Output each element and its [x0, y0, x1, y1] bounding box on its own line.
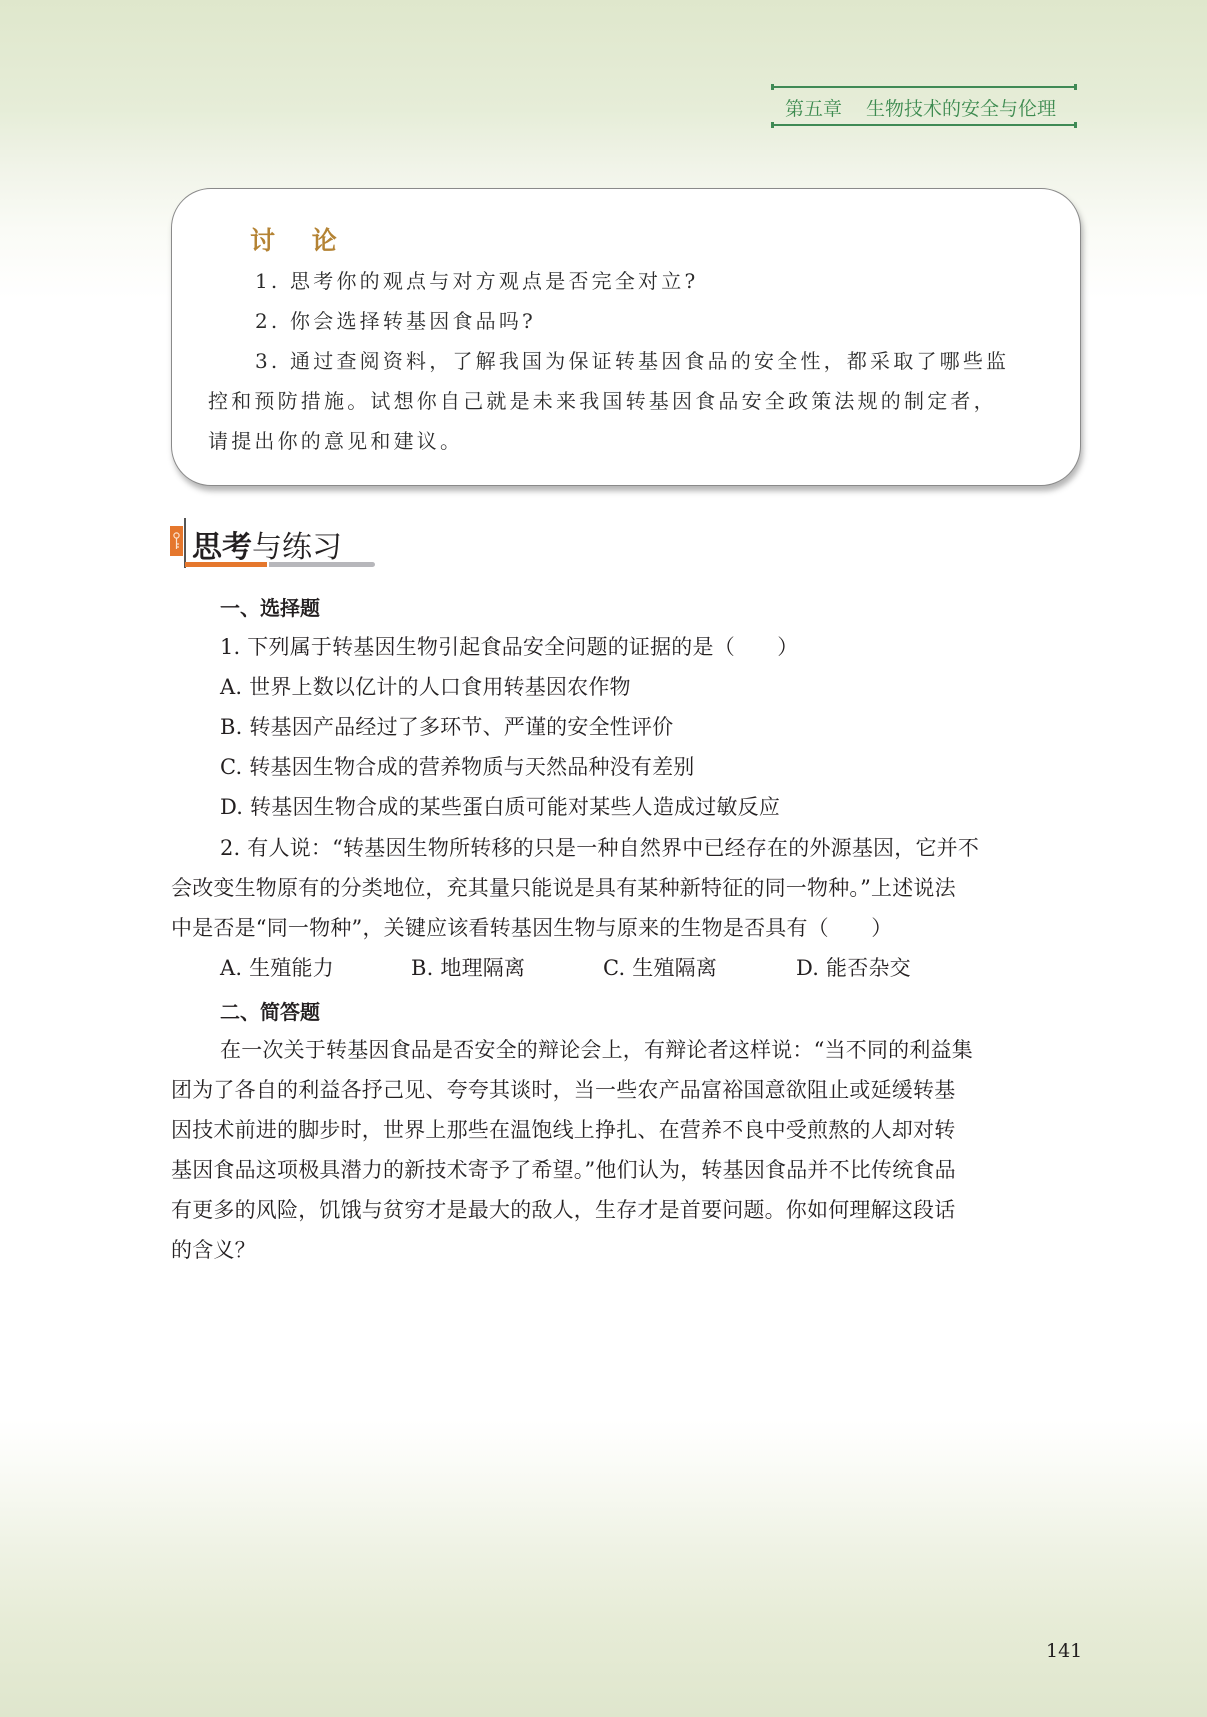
- discussion-item-3-cont-2: 请提出你的意见和建议。: [208, 425, 463, 454]
- short-answer-line-3: 因技术前进的脚步时，世界上那些在温饱线上挣扎、在营养不良中受煎熬的人却对转: [171, 1114, 955, 1144]
- title-underline-gray: [269, 562, 375, 567]
- q1-option-c: C. 转基因生物合成的营养物质与天然品种没有差别: [220, 751, 694, 781]
- q2-stem-line-1: 2. 有人说：“转基因生物所转移的只是一种自然界中已经存在的外源基因，它并不: [220, 832, 979, 862]
- chapter-number: 第五章: [785, 98, 842, 120]
- discussion-item-2: 2. 你会选择转基因食品吗?: [255, 305, 536, 334]
- section-divider: [184, 518, 186, 568]
- short-answer-heading: 二、简答题: [220, 996, 320, 1025]
- q2-stem-line-3: 中是否是“同一物种”，关键应该看转基因生物与原来的生物是否具有（ ）: [171, 912, 892, 942]
- q2-options: A. 生殖能力B. 地理隔离C. 生殖隔离D. 能否杂交: [220, 952, 911, 982]
- q1-option-d: D. 转基因生物合成的某些蛋白质可能对某些人造成过敏反应: [220, 791, 780, 821]
- discussion-item-3: 3. 通过查阅资料，了解我国为保证转基因食品的安全性，都采取了哪些监: [255, 345, 1009, 374]
- short-answer-line-2: 团为了各自的利益各抒己见、夸夸其谈时，当一些农产品富裕国意欲阻止或延缓转基: [171, 1074, 955, 1104]
- chapter-name: 生物技术的安全与伦理: [866, 98, 1056, 120]
- q1-stem: 1. 下列属于转基因生物引起食品安全问题的证据的是（ ）: [220, 631, 799, 661]
- chapter-title: 第五章生物技术的安全与伦理: [785, 94, 1056, 121]
- choice-section-heading: 一、选择题: [220, 592, 320, 621]
- discussion-box: 讨 论 1. 思考你的观点与对方观点是否完全对立? 2. 你会选择转基因食品吗?…: [171, 188, 1081, 486]
- q2-option-b: B. 地理隔离: [411, 952, 603, 982]
- discussion-title: 讨 论: [250, 221, 351, 257]
- exercise-title: 思考与练习: [192, 522, 342, 566]
- exercise-section-heading: 思考与练习: [170, 518, 370, 566]
- q2-option-a: A. 生殖能力: [220, 952, 411, 982]
- header-rule-top: [771, 86, 1077, 88]
- q2-stem-line-2: 会改变生物原有的分类地位，充其量只能说是具有某种新特征的同一物种。”上述说法: [171, 872, 956, 902]
- header-rule-bottom: [771, 124, 1077, 126]
- q2-option-d: D. 能否杂交: [796, 952, 911, 982]
- exercise-title-rest: 与练习: [252, 530, 342, 565]
- short-answer-line-6: 的含义？: [171, 1234, 256, 1264]
- q1-option-a: A. 世界上数以亿计的人口食用转基因农作物: [220, 671, 631, 701]
- short-answer-line-1: 在一次关于转基因食品是否安全的辩论会上，有辩论者这样说：“当不同的利益集: [220, 1034, 973, 1064]
- page-number: 141: [1046, 1640, 1082, 1662]
- short-answer-line-5: 有更多的风险，饥饿与贫穷才是最大的敌人，生存才是首要问题。你如何理解这段话: [171, 1194, 955, 1224]
- discussion-item-1: 1. 思考你的观点与对方观点是否完全对立?: [255, 265, 698, 294]
- title-underline-accent: [185, 562, 267, 567]
- key-icon: [173, 532, 180, 550]
- q2-option-c: C. 生殖隔离: [603, 952, 796, 982]
- q1-option-b: B. 转基因产品经过了多环节、严谨的安全性评价: [220, 711, 673, 741]
- discussion-item-3-cont-1: 控和预防措施。试想你自己就是未来我国转基因食品安全政策法规的制定者，: [208, 385, 997, 414]
- exercise-title-bold: 思考: [192, 530, 252, 565]
- chapter-header: 第五章生物技术的安全与伦理: [771, 84, 1077, 128]
- short-answer-line-4: 基因食品这项极具潜力的新技术寄予了希望。”他们认为，转基因食品并不比传统食品: [171, 1154, 956, 1184]
- section-tag: [170, 526, 183, 556]
